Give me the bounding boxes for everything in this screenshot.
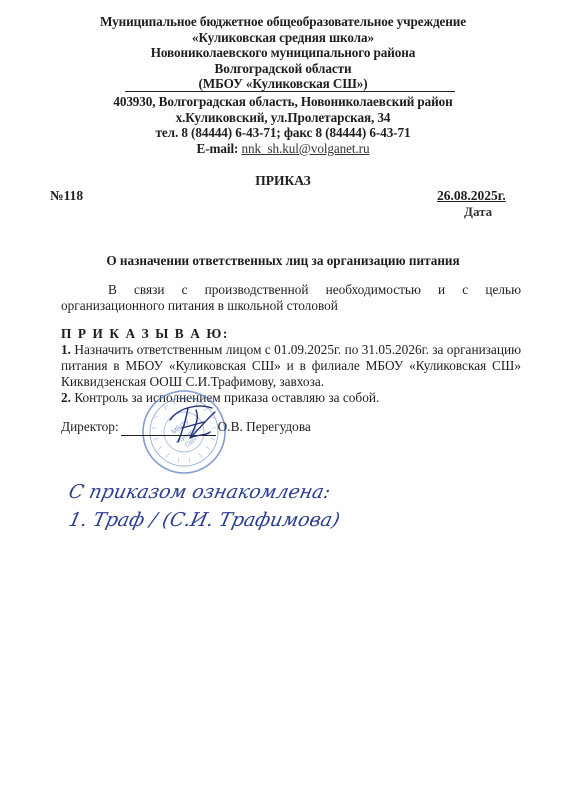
item-number: 1.: [61, 342, 71, 357]
signature-icon: [160, 398, 230, 448]
order-item: 1. Назначить ответственным лицом с 01.09…: [61, 342, 521, 390]
org-line: Муниципальное бюджетное общеобразователь…: [0, 14, 566, 30]
date-label: Дата: [464, 204, 492, 220]
intro-line: организационного питания в школьной стол…: [61, 298, 521, 314]
org-short-name: (МБОУ «Куликовская СШ»): [0, 76, 566, 92]
org-line: Новониколаевского муниципального района: [0, 45, 566, 61]
director-name: О.В. Перегудова: [218, 419, 311, 434]
order-heading: П Р И К А З Ы В А Ю:: [61, 326, 229, 342]
handwritten-line-2: 1. Траф / (С.И. Трафимова): [67, 508, 342, 531]
address-block: 403930, Волгоградская область, Новоникол…: [0, 94, 566, 156]
director-role: Директор:: [61, 419, 119, 434]
handwritten-acknowledgment: С приказом ознакомлена: 1. Траф / (С.И. …: [66, 478, 406, 538]
order-item: 2. Контроль за исполнением приказа остав…: [61, 390, 521, 406]
email-link[interactable]: nnk_sh.kul@volganet.ru: [242, 141, 370, 156]
order-subject: О назначении ответственных лиц за органи…: [0, 253, 566, 269]
address-line: 403930, Волгоградская область, Новоникол…: [0, 94, 566, 110]
order-title: ПРИКАЗ: [0, 173, 566, 189]
org-line: Волгоградской области: [0, 61, 566, 77]
org-line: «Куликовская средняя школа»: [0, 30, 566, 46]
phone-line: тел. 8 (84444) 6-43-71; факс 8 (84444) 6…: [0, 125, 566, 141]
header-divider: [125, 91, 455, 92]
order-items: 1. Назначить ответственным лицом с 01.09…: [61, 342, 521, 406]
address-line: х.Куликовский, ул.Пролетарская, 34: [0, 110, 566, 126]
org-name-block: Муниципальное бюджетное общеобразователь…: [0, 14, 566, 92]
handwritten-line-1: С приказом ознакомлена:: [67, 480, 333, 503]
order-date: 26.08.2025г.: [437, 188, 506, 204]
intro-line: В связи с производственной необходимость…: [61, 282, 521, 298]
item-number: 2.: [61, 390, 71, 405]
intro-paragraph: В связи с производственной необходимость…: [61, 282, 521, 314]
email-label: E-mail:: [197, 141, 239, 156]
email-line: E-mail: nnk_sh.kul@volganet.ru: [0, 141, 566, 157]
item-text: Назначить ответственным лицом с 01.09.20…: [61, 342, 521, 389]
order-number: №118: [50, 188, 83, 204]
